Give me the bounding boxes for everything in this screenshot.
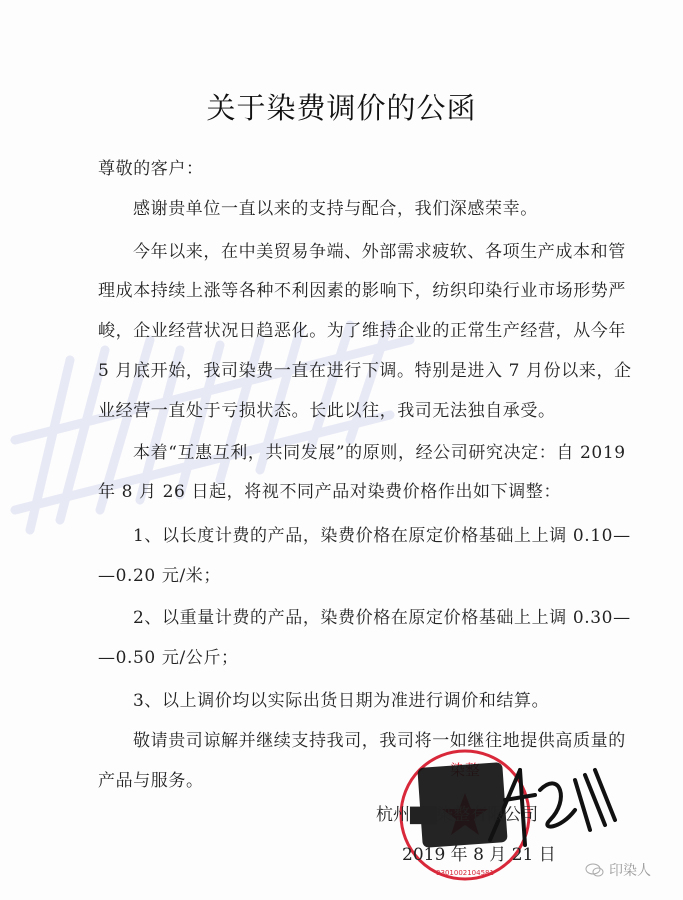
source-watermark: 印染人 xyxy=(585,860,651,880)
salutation: 尊敬的客户： xyxy=(98,154,204,179)
blue-watermark-overlay xyxy=(10,320,430,550)
scanned-letter-page: 关于染费调价的公函 尊敬的客户： 感谢贵单位一直以来的支持与配合，我们深感荣幸。… xyxy=(0,0,683,900)
body-line: 5 月底开始，我司染费一直在进行下调。特别是进入 7 月份以来，企 xyxy=(98,356,632,381)
letter-date: 2019 年 8 月 21 日 xyxy=(402,840,556,865)
list-item-2-cont: —0.50 元/公斤； xyxy=(98,643,239,668)
svg-text:3301002104581: 3301002104581 xyxy=(436,869,494,877)
body-line: 本着“互惠互利，共同发展”的原则，经公司研究决定：自 2019 xyxy=(133,438,626,463)
list-item-1-cont: —0.20 元/米； xyxy=(98,561,221,586)
closing-line: 敬请贵司谅解并继续支持我司，我司将一如继往地提供高质量的 xyxy=(133,726,626,751)
body-line: 理成本持续上涨等各种不利因素的影响下，纺织印染行业市场形势严 xyxy=(98,276,626,301)
body-line: 今年以来，在中美贸易争端、外部需求疲软、各项生产成本和管 xyxy=(133,237,626,262)
body-line: 业经营一直处于亏损状态。长此以往，我司无法独自承受。 xyxy=(98,396,556,421)
closing-line: 产品与服务。 xyxy=(98,766,204,791)
list-item-2: 2、以重量计费的产品，染费价格在原定价格基础上上调 0.30— xyxy=(133,603,631,628)
letter-title: 关于染费调价的公函 xyxy=(0,86,683,127)
wechat-icon xyxy=(585,863,605,877)
source-watermark-text: 印染人 xyxy=(609,860,651,880)
body-line: 年 8 月 26 日起，将视不同产品对染费价格作出如下调整： xyxy=(98,477,561,502)
list-item-1: 1、以长度计费的产品，染费价格在原定价格基础上上调 0.10— xyxy=(133,521,631,546)
list-item-3: 3、以上调价均以实际出货日期为准进行调价和结算。 xyxy=(133,686,549,711)
company-name: 杭州▇▇染整有限公司 xyxy=(376,800,538,825)
body-line: 峻，企业经营状况日趋恶化。为了维持企业的正常生产经营，从今年 xyxy=(98,316,626,341)
body-line: 感谢贵单位一直以来的支持与配合，我们深感荣幸。 xyxy=(133,194,538,219)
